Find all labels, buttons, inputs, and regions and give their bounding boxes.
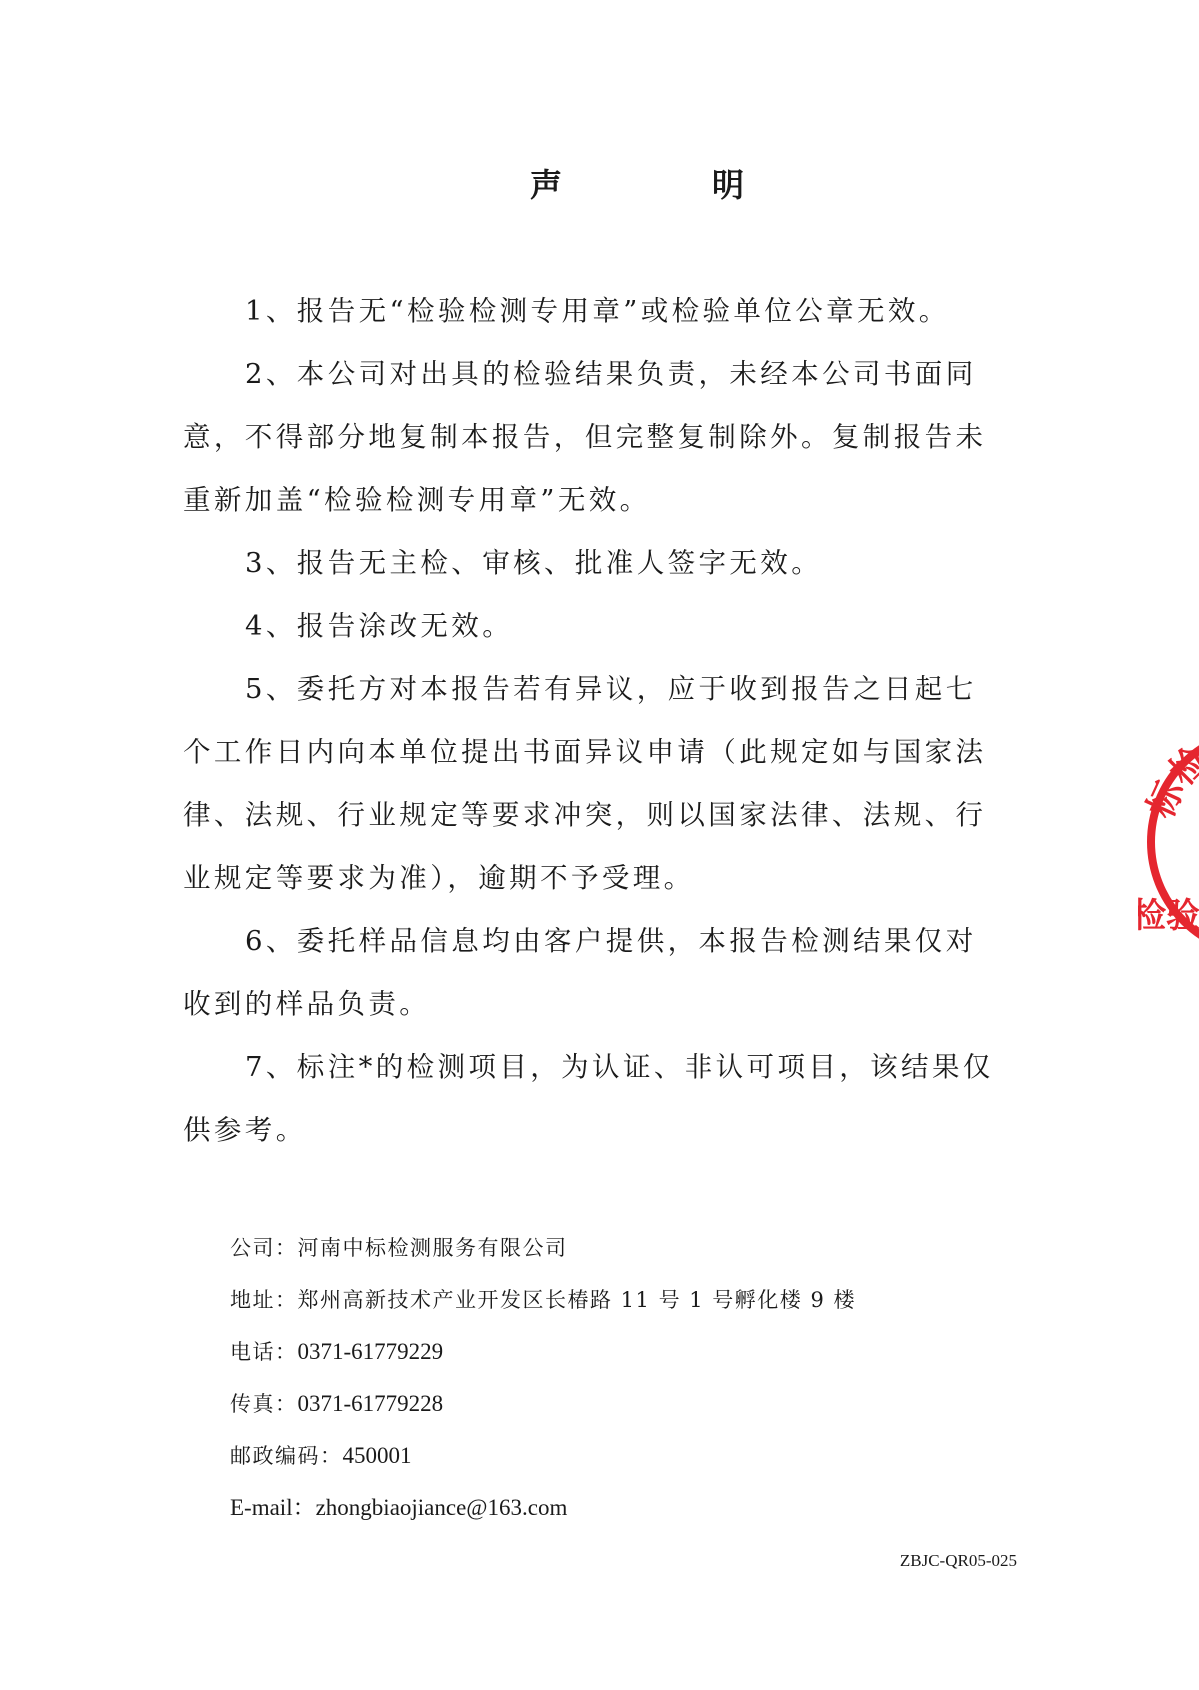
clause-2-line-2: 意，不得部分地复制本报告，但完整复制除外。复制报告未: [183, 406, 1017, 469]
clause-4-line-1: 4、报告涂改无效。: [183, 595, 1017, 658]
company-label: 公司：: [230, 1236, 298, 1260]
contact-phone: 电话：0371-61779229: [230, 1326, 856, 1378]
address-label: 地址：: [230, 1288, 298, 1312]
document-title: 声 明: [0, 160, 1199, 210]
clause-6-line-1: 6、委托样品信息均由客户提供，本报告检测结果仅对: [183, 910, 1017, 973]
title-char-2: 明: [712, 160, 744, 206]
stamp-bottom-text: 检验检测: [1138, 896, 1199, 936]
stamp-top-text: 标检测: [1140, 722, 1199, 824]
official-seal-stamp-icon: 标检测 检验检测: [1138, 722, 1199, 962]
address-value: 郑州高新技术产业开发区长椿路 11 号 1 号孵化楼 9 楼: [298, 1288, 857, 1312]
fax-value: 0371-61779228: [298, 1391, 444, 1416]
contact-company: 公司：河南中标检测服务有限公司: [230, 1222, 856, 1274]
clause-1-line-1: 1、报告无“检验检测专用章”或检验单位公章无效。: [183, 280, 1017, 343]
clause-5-line-3: 律、法规、行业规定等要求冲突，则以国家法律、法规、行: [183, 784, 1017, 847]
contact-info: 公司：河南中标检测服务有限公司 地址：郑州高新技术产业开发区长椿路 11 号 1…: [230, 1222, 856, 1534]
svg-text:标检测: 标检测: [1140, 722, 1199, 824]
document-code: ZBJC-QR05-025: [900, 1551, 1017, 1571]
contact-postcode: 邮政编码：450001: [230, 1430, 856, 1482]
email-label: E-mail：: [230, 1495, 316, 1520]
phone-value: 0371-61779229: [298, 1339, 444, 1364]
fax-label: 传真：: [230, 1392, 298, 1416]
clause-7-line-1: 7、标注*的检测项目，为认证、非认可项目，该结果仅: [183, 1036, 1017, 1099]
clause-6-line-2: 收到的样品负责。: [183, 973, 1017, 1036]
postcode-value: 450001: [343, 1443, 412, 1468]
clause-5-line-1: 5、委托方对本报告若有异议，应于收到报告之日起七: [183, 658, 1017, 721]
clause-3-line-1: 3、报告无主检、审核、批准人签字无效。: [183, 532, 1017, 595]
phone-label: 电话：: [230, 1340, 298, 1364]
clause-5-line-2: 个工作日内向本单位提出书面异议申请（此规定如与国家法: [183, 721, 1017, 784]
email-value: zhongbiaojiance@163.com: [316, 1495, 568, 1520]
contact-fax: 传真：0371-61779228: [230, 1378, 856, 1430]
document-page: 声 明 1、报告无“检验检测专用章”或检验单位公章无效。 2、本公司对出具的检验…: [0, 0, 1199, 1690]
statement-body: 1、报告无“检验检测专用章”或检验单位公章无效。 2、本公司对出具的检验结果负责…: [183, 280, 1017, 1162]
company-value: 河南中标检测服务有限公司: [298, 1236, 568, 1260]
clause-5-line-4: 业规定等要求为准），逾期不予受理。: [183, 847, 1017, 910]
title-char-1: 声: [530, 160, 562, 206]
postcode-label: 邮政编码：: [230, 1444, 343, 1468]
contact-email: E-mail：zhongbiaojiance@163.com: [230, 1482, 856, 1534]
contact-address: 地址：郑州高新技术产业开发区长椿路 11 号 1 号孵化楼 9 楼: [230, 1274, 856, 1326]
clause-2-line-1: 2、本公司对出具的检验结果负责，未经本公司书面同: [183, 343, 1017, 406]
clause-7-line-2: 供参考。: [183, 1099, 1017, 1162]
clause-2-line-3: 重新加盖“检验检测专用章”无效。: [183, 469, 1017, 532]
